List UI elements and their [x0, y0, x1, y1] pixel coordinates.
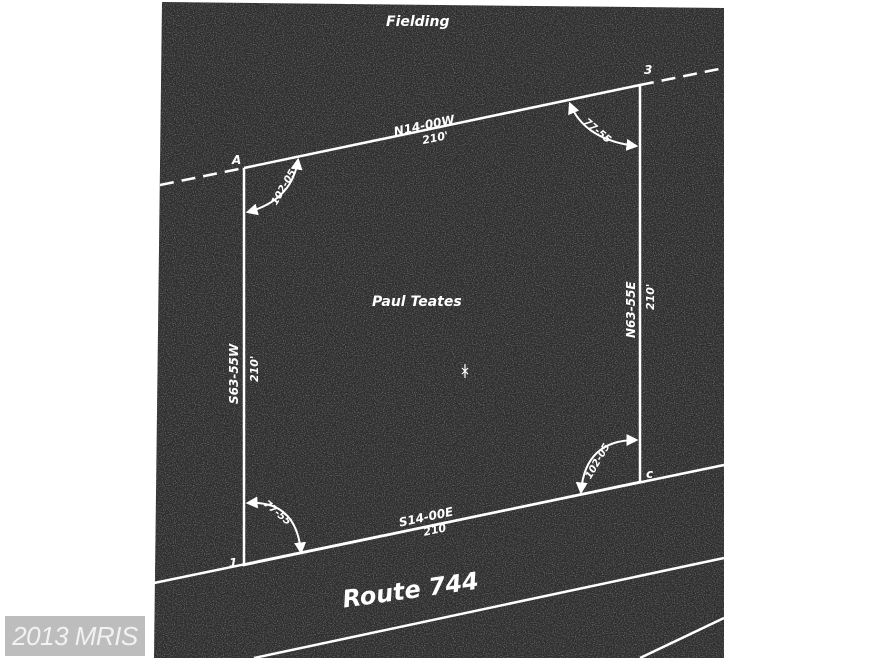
corner-label-d: 1 [229, 556, 237, 570]
corner-label-c: c [646, 467, 653, 481]
east-distance: 210' [644, 284, 657, 310]
north-neighbor-label: Fielding [386, 14, 449, 30]
copyright-watermark: 2013 MRIS [5, 616, 145, 656]
corner-label-b: 3 [644, 63, 652, 77]
west-bearing: S63-55W [227, 343, 241, 404]
corner-label-a: A [231, 153, 241, 167]
survey-plat: Fielding A 3 c 1 N14-00W 210' N63-55E 21… [0, 0, 877, 658]
paper-grain [154, 2, 724, 658]
east-bearing: N63-55E [624, 281, 638, 338]
parcel-owner-label: Paul Teates [372, 294, 462, 310]
west-distance: 210' [248, 356, 261, 382]
